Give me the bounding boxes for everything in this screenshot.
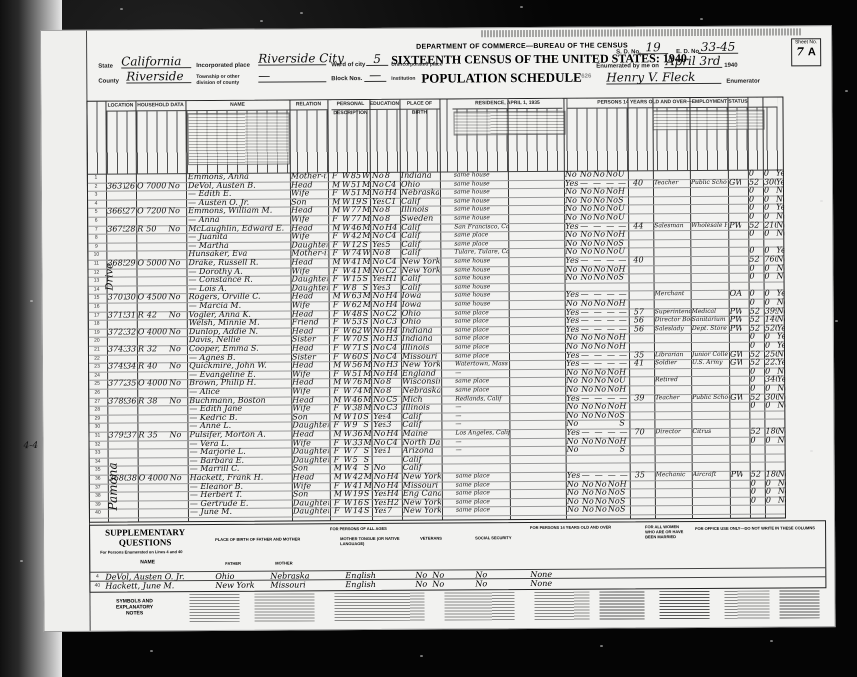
cell-inc: 1800 <box>765 428 777 436</box>
cell-birth: Mich <box>402 395 440 403</box>
cell-gr: C3 <box>386 404 400 412</box>
cell-name: Buchmann, Boston <box>189 396 289 405</box>
cell-inc: 0 <box>765 342 777 350</box>
cell-ln: 17 <box>89 311 105 319</box>
cell-c23: No <box>595 489 607 497</box>
cell-farm: No <box>169 345 183 353</box>
cell-age: 12 <box>351 241 361 249</box>
cell-rel: Wife <box>291 215 327 223</box>
cell-oth: Yes <box>776 247 784 255</box>
cell-rel: Head <box>292 430 328 438</box>
cell-rel: Wife <box>292 301 328 309</box>
cell-sch: Yes <box>374 499 386 507</box>
cell-wk: 0 <box>749 273 761 281</box>
cell-ln: 27 <box>89 397 105 405</box>
cell-name: — Alice <box>189 387 289 396</box>
cell-age: 10 <box>352 413 362 421</box>
cell-ms: M <box>363 396 371 404</box>
cell-c22: — <box>582 472 594 480</box>
cell-oth: No <box>776 212 784 220</box>
cell-inc: 0 <box>764 170 776 178</box>
cell-gr: 1 <box>387 447 401 455</box>
cell-house: 3723 <box>108 328 126 336</box>
cell-birth: New York <box>402 361 440 369</box>
cell-gr: H4 <box>386 430 400 438</box>
cell-c24: No <box>607 334 619 342</box>
cell-emp: No <box>565 265 579 273</box>
cell-race: W <box>342 258 350 266</box>
cell-c24: No <box>606 274 618 282</box>
cell-inc: 0 <box>765 333 777 341</box>
cell-ln: 4 <box>88 199 104 207</box>
cell-name: Pulsifer, Morton A. <box>189 430 289 439</box>
cell-rel: Daughter <box>293 508 329 516</box>
cell-res: same place <box>455 317 509 325</box>
cell-rel: Head <box>291 258 327 266</box>
cell-oth: No <box>776 187 784 195</box>
cell-occ: Saleslady <box>655 325 691 333</box>
cell-res: — <box>455 412 509 420</box>
cell-race: W <box>343 404 351 412</box>
institution-label: Institution <box>391 76 415 82</box>
cell-name: — Barbara E. <box>190 456 290 465</box>
cell-ind: Medical <box>692 307 728 315</box>
cell-oth: No <box>777 307 785 315</box>
cell-gr: H4 <box>387 473 401 481</box>
cell-emp: No <box>566 437 580 445</box>
cell-sex: F <box>333 275 341 283</box>
cell-ln: 22 <box>89 354 105 362</box>
cell-race: W <box>344 482 352 490</box>
group-location: LOCATION <box>105 101 135 111</box>
cell-sex: M <box>333 396 341 404</box>
cell-emp: Yes <box>565 222 579 230</box>
cell-age: 33 <box>353 439 363 447</box>
cell-inc: 3000 <box>764 178 776 186</box>
cell-c22: — <box>581 308 593 316</box>
cell-c22: No <box>581 411 593 419</box>
cell-ms: S <box>363 318 371 326</box>
cell-rel: Son <box>293 490 329 498</box>
cell-res: — <box>456 438 510 446</box>
cell-res: same house <box>454 206 508 214</box>
cell-name: — Marjorie L. <box>190 448 290 457</box>
cell-name: Drake, Russell R. <box>188 258 288 267</box>
cell-sch: No <box>374 473 386 481</box>
group-birthplace: PLACE OF BIRTH <box>399 100 439 110</box>
cell-birth: Calif <box>403 455 441 463</box>
cell-c23: No <box>594 386 606 394</box>
cell-res: same house <box>454 197 508 205</box>
group-education: EDUCATION <box>369 100 399 110</box>
cell-sex: F <box>333 284 341 292</box>
cell-rel: Wife <box>291 189 327 197</box>
dust-speck <box>820 200 823 202</box>
cell-c25: H <box>619 437 629 445</box>
cell-res: same place <box>455 309 509 317</box>
cell-race: W <box>344 464 352 472</box>
cell-c25: — <box>619 360 629 368</box>
cell-val: 42 <box>147 311 167 319</box>
cell-res: same house <box>454 214 508 222</box>
cell-occ: Teacher <box>655 394 691 402</box>
cell-c22: No <box>581 386 593 394</box>
cell-inc: 3999 <box>765 307 777 315</box>
cell-inc: 1400 <box>765 316 777 324</box>
cell-res: same place <box>456 507 510 515</box>
supp-group-14: FOR PERSONS 14 YEARS OLD AND OVER <box>530 525 611 530</box>
cell-val: 4000 <box>147 380 167 388</box>
cell-birth: New York <box>403 498 441 506</box>
cell-emp: Yes <box>566 317 580 325</box>
cell-farm: No <box>169 431 183 439</box>
cell-rel: Mother-in-law <box>291 172 327 180</box>
cell-sex: F <box>334 439 342 447</box>
cell-c22: — <box>580 222 592 230</box>
cell-ln: 5 <box>88 208 104 216</box>
cell-c25: — <box>619 291 629 299</box>
cell-c24: No <box>606 213 618 221</box>
cell-age: 42 <box>351 232 361 240</box>
cell-inc: 0 <box>766 488 778 496</box>
cell-wk: 0 <box>749 187 761 195</box>
cell-wk: 52 <box>749 221 761 229</box>
dust-speck <box>20 560 23 562</box>
cell-c24: — <box>606 222 618 230</box>
cell-ms: S <box>362 198 370 206</box>
cell-age: 46 <box>351 224 361 232</box>
cell-ms: S <box>363 344 371 352</box>
county-value: Riverside <box>126 70 191 83</box>
supp-col-father: FATHER <box>225 561 241 566</box>
cell-c23: — <box>594 351 606 359</box>
cell-ms: M <box>363 292 371 300</box>
cell-emp: Yes <box>566 394 580 402</box>
cell-ms: S <box>363 275 371 283</box>
cell-sch: No <box>373 327 385 335</box>
cell-age: 16 <box>353 499 363 507</box>
cell-birth: Sweden <box>401 215 439 223</box>
cell-c25: H <box>619 299 629 307</box>
cell-fam: 28 <box>125 225 135 233</box>
cell-hrs: 70 <box>634 428 652 436</box>
township-value: — <box>258 69 326 82</box>
cell-c22: No <box>581 437 593 445</box>
cell-ln: 33 <box>90 449 106 457</box>
cell-wk: 0 <box>750 367 762 375</box>
cell-cls: GW <box>730 393 742 401</box>
cell-c25: H <box>619 385 629 393</box>
cell-c25: S <box>619 411 629 419</box>
cell-oth: No <box>776 255 784 263</box>
cell-c24: No <box>607 299 619 307</box>
cell-wk: 0 <box>750 299 762 307</box>
cell-sex: M <box>333 430 341 438</box>
cell-c23: — <box>594 291 606 299</box>
cell-ind: Public Schools <box>692 393 728 401</box>
cell-emp: No <box>566 412 580 420</box>
cell-oth: No <box>777 402 785 410</box>
cell-ind: Dept. Store <box>692 325 728 333</box>
cell-birth: Calif <box>403 464 441 472</box>
cell-emp: No <box>567 446 581 454</box>
cell-name: Quickmire, John W. <box>189 362 289 371</box>
cell-sex: F <box>333 318 341 326</box>
cell-rel: Wife <box>291 232 327 240</box>
cell-cls: PW <box>729 221 741 229</box>
cell-sex: F <box>333 422 341 430</box>
cell-sex: F <box>332 189 340 197</box>
cell-farm: No <box>169 311 183 319</box>
cell-sch: No <box>373 430 385 438</box>
cell-name: Davis, Nellie <box>189 336 289 345</box>
note-col25 <box>534 592 589 620</box>
cell-emp: No <box>566 334 580 342</box>
cell-c25: H <box>618 188 628 196</box>
cell-age: 51 <box>351 189 361 197</box>
cell-c23: No <box>593 188 605 196</box>
cell-gr: C4 <box>386 352 400 360</box>
cell-res: same place <box>455 378 509 386</box>
cell-c22: No <box>580 265 592 273</box>
cell-name: Dunlop, Addie N. <box>189 327 289 336</box>
enumerated-label: Enumerated by me on <box>596 63 659 69</box>
cell-farm: No <box>169 362 183 370</box>
cell-gr: C3 <box>386 318 400 326</box>
cell-gr: H4 <box>386 327 400 335</box>
cell-sex: F <box>333 344 341 352</box>
cell-fam: 36 <box>126 397 136 405</box>
ward-label: Ward of city <box>331 62 365 68</box>
cell-sch: Yes <box>372 241 384 249</box>
cell-c23: — <box>594 360 606 368</box>
cell-gr: H1 <box>386 275 400 283</box>
cell-sex: M <box>333 379 341 387</box>
cell-sch: No <box>373 361 385 369</box>
cell-res: — <box>455 369 509 377</box>
cell-sch: No <box>372 172 384 180</box>
cell-emp: Yes <box>566 308 580 316</box>
cell-race: W <box>344 490 352 498</box>
sd-value: 19 <box>638 41 668 54</box>
cell-sex: F <box>333 370 341 378</box>
cell-emp: No <box>565 231 579 239</box>
cell-ms: S <box>363 335 371 343</box>
cell-sch: No <box>373 352 385 360</box>
cell-sex: F <box>334 508 342 516</box>
cell-c25: S <box>620 446 630 454</box>
cell-age: 9 <box>352 421 362 429</box>
enumerated-date: April 3rd <box>664 55 722 68</box>
cell-name: — Juanita <box>188 233 288 242</box>
cell-oth: No <box>777 298 785 306</box>
dust-speck <box>845 90 848 92</box>
cell-oth: No <box>777 436 785 444</box>
cell-c23: — <box>593 257 605 265</box>
cell-wk: 52 <box>750 316 762 324</box>
cell-name: — Lois A. <box>189 284 289 293</box>
cell-age: 42 <box>353 473 363 481</box>
cell-rel: Wife <box>292 387 328 395</box>
cell-sex: F <box>333 353 341 361</box>
cell-ln: 36 <box>90 475 106 483</box>
cell-rel: Son <box>291 198 327 206</box>
cell-oth: No <box>777 367 785 375</box>
cell-race: W <box>342 206 350 214</box>
cell-age: 60 <box>352 353 362 361</box>
cell-res: same house <box>455 300 509 308</box>
cell-c23: No <box>593 196 605 204</box>
cell-sch: No <box>373 404 385 412</box>
cell-ln: 23 <box>89 363 105 371</box>
cell-c25: U <box>619 377 629 385</box>
cell-race: W <box>343 430 351 438</box>
cell-birth: England <box>402 369 440 377</box>
cell-emp: No <box>566 377 580 385</box>
cell-ms: S <box>363 284 371 292</box>
cell-sch: Yes <box>372 198 384 206</box>
cell-house: 3743 <box>108 345 126 353</box>
cell-ln: 40 <box>90 509 106 517</box>
cell-ln: 21 <box>89 346 105 354</box>
cell-age: 15 <box>352 275 362 283</box>
cell-birth: Calif <box>401 223 439 231</box>
cell-emp: Yes <box>566 326 580 334</box>
cell-age: 62 <box>352 301 362 309</box>
cell-ln: 24 <box>89 371 105 379</box>
cell-val: 50 <box>146 225 166 233</box>
cell-oth: Yes <box>777 376 785 384</box>
cell-occ: Soldier <box>655 359 691 367</box>
cell-sch: No <box>373 378 385 386</box>
cell-wk: 0 <box>749 230 761 238</box>
cell-name: Vogler, Anna K. <box>189 310 289 319</box>
cell-ln: 1 <box>88 174 104 182</box>
cell-wk: 0 <box>750 342 762 350</box>
cell-ln: 29 <box>89 414 105 422</box>
cell-c25: — <box>618 256 628 264</box>
cell-c23: No <box>594 368 606 376</box>
street-name-pamona: Pamona <box>106 462 120 510</box>
dust-speck <box>260 20 263 22</box>
cell-race: W <box>344 439 352 447</box>
cell-ms: S <box>364 456 372 464</box>
cell-res: same house <box>454 180 508 188</box>
cell-hrs: 44 <box>633 222 651 230</box>
cell-gr: C4 <box>387 438 401 446</box>
cell-gr: 8 <box>386 387 400 395</box>
cell-gr: C4 <box>385 232 399 240</box>
cell-oth: Yes <box>777 341 785 349</box>
cell-oth: No <box>778 479 786 487</box>
cell-ln: 11 <box>88 260 104 268</box>
cell-c24: No <box>606 248 618 256</box>
cell-res: same place <box>455 335 509 343</box>
cell-inc: 0 <box>764 204 776 212</box>
cell-own: R <box>138 431 146 439</box>
cell-age: 38 <box>352 404 362 412</box>
cell-ln: 39 <box>90 500 106 508</box>
cell-sex: M <box>333 293 341 301</box>
cell-c25: S <box>620 489 630 497</box>
cell-name: — Edith Jane <box>189 405 289 414</box>
note-col32 <box>779 590 819 618</box>
cell-c22: No <box>580 171 592 179</box>
cell-oth: Yes <box>776 204 784 212</box>
cell-wk: 0 <box>749 264 761 272</box>
cell-fam: 35 <box>126 380 136 388</box>
cell-birth: Indiana <box>402 326 440 334</box>
cell-sex: F <box>333 301 341 309</box>
cell-sch: Yes <box>374 490 386 498</box>
cell-val: 4500 <box>147 294 167 302</box>
cell-ln: 3 <box>88 191 104 199</box>
dust-speck <box>30 300 33 302</box>
cell-race: W <box>342 224 350 232</box>
cell-name: DeVol, Austen B. <box>188 181 288 190</box>
cell-birth: Nebraska <box>401 189 439 197</box>
cell-occ: Salesman <box>654 222 690 230</box>
cell-c24: No <box>607 437 619 445</box>
supp-col-name: NAME <box>140 559 155 565</box>
cell-c25: — <box>619 428 629 436</box>
cell-house: 3701 <box>108 294 126 302</box>
cell-inc: 0 <box>765 402 777 410</box>
cell-c24: No <box>607 342 619 350</box>
cell-c22: No <box>580 248 592 256</box>
supplementary-subtitle: For Persons Enumerated on Lines 4 and 40 <box>100 549 182 555</box>
cell-c23: No <box>595 480 607 488</box>
note-col10 <box>254 593 314 621</box>
state-label: State <box>98 64 113 70</box>
cell-name: — Austen O. Jr. <box>188 198 288 207</box>
supp-group-all-ages: FOR PERSONS OF ALL AGES <box>330 526 387 531</box>
cell-race: W <box>342 249 350 257</box>
note-col22 <box>659 591 709 619</box>
cell-race: W <box>344 447 352 455</box>
cell-own: R <box>138 311 146 319</box>
cell-c22: No <box>580 205 592 213</box>
cell-sch: Yes <box>373 421 385 429</box>
cell-oth: Yes <box>777 359 785 367</box>
cell-oth: No <box>777 393 785 401</box>
cell-rel: Daughter <box>292 284 328 292</box>
cell-c24: No <box>606 196 618 204</box>
cell-ms: S <box>364 507 372 515</box>
cell-c22: No <box>582 489 594 497</box>
note-col15 <box>189 594 239 622</box>
cell-gr: C4 <box>385 180 399 188</box>
cell-c22: No <box>580 188 592 196</box>
cell-sch: No <box>372 223 384 231</box>
cell-c23: No <box>593 214 605 222</box>
cell-rel: Daughter <box>293 499 329 507</box>
cell-birth: Calif <box>402 283 440 291</box>
cell-own: O <box>137 182 145 190</box>
cell-farm: No <box>168 182 182 190</box>
cell-c24: — <box>607 428 619 436</box>
cell-c25: H <box>619 368 629 376</box>
census-sheet: State California County Riverside Incorp… <box>40 25 836 632</box>
cell-wk: 0 <box>750 402 762 410</box>
cell-name: Brown, Philip H. <box>189 379 289 388</box>
cell-res: — <box>455 403 509 411</box>
cell-ms: M <box>362 189 370 197</box>
cell-emp: Yes <box>565 257 579 265</box>
cell-sex: M <box>332 224 340 232</box>
cell-name: Emmons, Anna <box>188 172 288 181</box>
cell-rel: Friend <box>292 318 328 326</box>
